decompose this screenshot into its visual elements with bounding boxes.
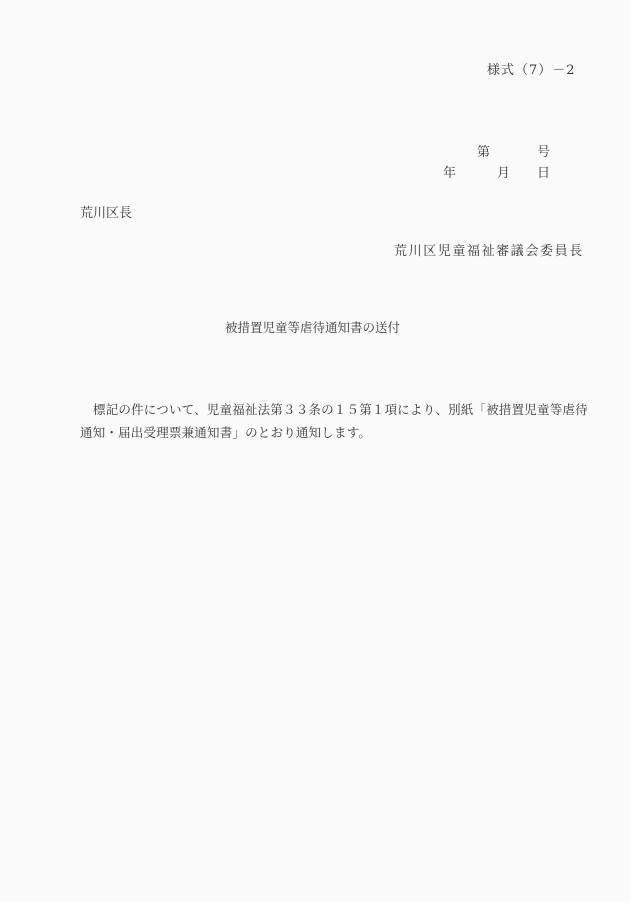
date-year-label: 年 bbox=[443, 167, 456, 180]
date-day-label: 日 bbox=[537, 167, 550, 180]
body-line: 通知・届出受理票兼通知書」のとおり通知します。 bbox=[80, 427, 371, 440]
reference-number-suffix-label: 号 bbox=[537, 146, 550, 159]
form-number: 様式（7）－2 bbox=[487, 64, 576, 77]
reference-number-prefix-label: 第 bbox=[477, 146, 490, 159]
date-month-label: 月 bbox=[497, 167, 510, 180]
document-title: 被措置児童等虐待通知書の送付 bbox=[225, 322, 400, 335]
body-line: 標記の件について、児童福祉法第３３条の１５第１項により、別紙「被措置児童等虐待 bbox=[93, 404, 588, 417]
sender-name: 荒川区児童福祉審議会委員長 bbox=[394, 245, 584, 258]
document-page: 様式（7）－2 第 号 年 月 日 荒川区長 荒川区児童福祉審議会委員長 被措置… bbox=[0, 0, 630, 903]
addressee-name: 荒川区長 bbox=[80, 207, 132, 220]
